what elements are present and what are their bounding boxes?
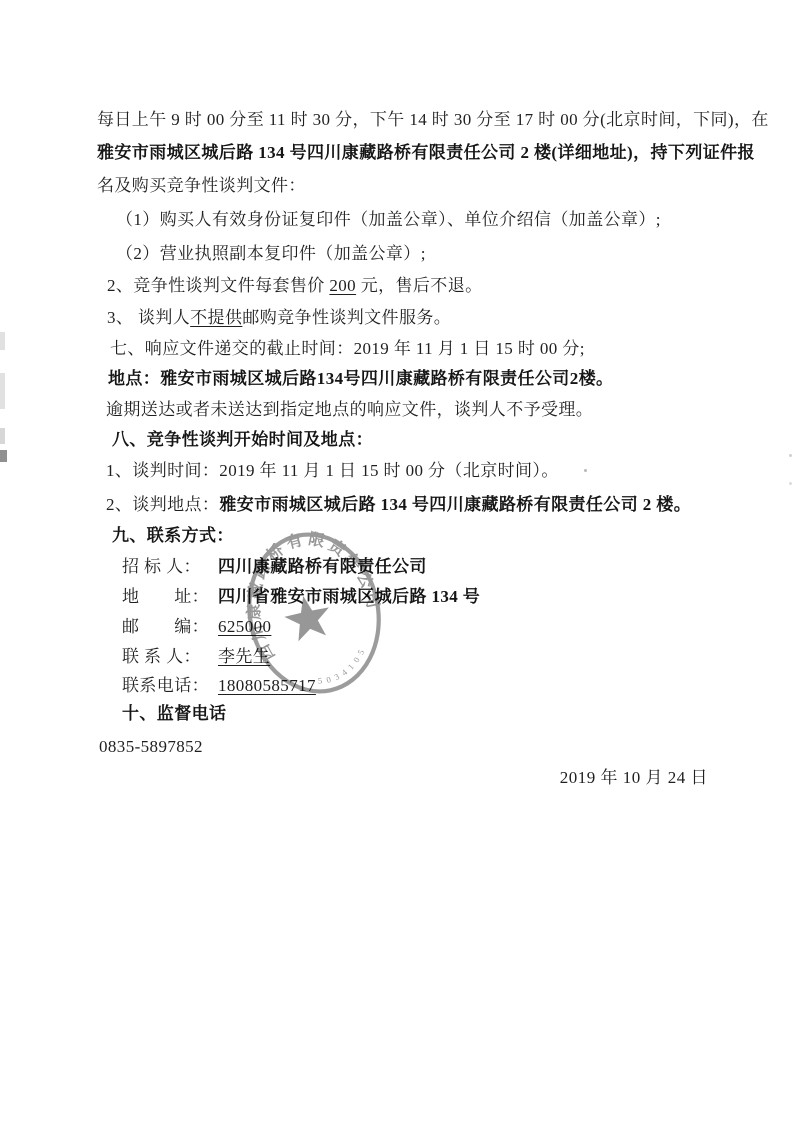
requirement-item-2: （2）营业执照副本复印件（加盖公章）; xyxy=(116,243,426,265)
body-text-line-address: 雅安市雨城区城后路 134 号四川康藏路桥有限责任公司 2 楼(详细地址)，持下… xyxy=(97,142,755,164)
contact-value: 625000 xyxy=(218,617,271,636)
late-delivery-line: 逾期送达或者未送达到指定地点的响应文件，谈判人不予受理。 xyxy=(106,399,593,421)
negotiation-time-line: 1、谈判时间：2019 年 11 月 1 日 15 时 00 分（北京时间）。 xyxy=(106,460,559,482)
mail-order-underlined: 不提供 xyxy=(190,308,242,327)
document-date: 2019 年 10 月 24 日 xyxy=(560,763,708,788)
seal-serial-number: 5034105 xyxy=(311,642,374,687)
requirement-item-1: （1）购买人有效身份证复印件（加盖公章）、单位介绍信（加盖公章）; xyxy=(116,209,661,231)
body-text-line: 每日上午 9 时 00 分至 11 时 30 分，下午 14 时 30 分至 1… xyxy=(97,109,769,131)
section-8-heading: 八、竞争性谈判开始时间及地点： xyxy=(112,429,373,451)
section-9-heading: 九、联系方式： xyxy=(112,525,234,547)
contact-label: 招 标 人： xyxy=(122,556,218,578)
scan-artifact xyxy=(0,373,5,409)
contact-value: 李先生 xyxy=(218,647,270,666)
contact-row-person: 联 系 人：李先生 xyxy=(122,646,270,668)
negotiation-place-address: 雅安市雨城区城后路 134 号四川康藏路桥有限责任公司 2 楼。 xyxy=(219,495,691,514)
contact-row-bidder: 招 标 人：四川康藏路桥有限责任公司 xyxy=(122,556,427,578)
body-text-line: 名及购买竞争性谈判文件： xyxy=(97,175,306,197)
supervision-phone: 0835-5897852 xyxy=(99,736,203,758)
mail-order-post: 邮购竞争性谈判文件服务。 xyxy=(242,308,451,327)
price-line-pre: 2、竞争性谈判文件每套售价 xyxy=(107,276,329,295)
mail-order-line: 3、 谈判人不提供邮购竞争性谈判文件服务。 xyxy=(107,307,451,329)
contact-row-phone: 联系电话：18080585717 xyxy=(122,675,316,697)
scan-artifact xyxy=(0,428,5,444)
contact-row-address: 地 址：四川省雅安市雨城区城后路 134 号 xyxy=(122,586,480,608)
scan-artifact xyxy=(789,454,792,457)
section-7-heading: 七、响应文件递交的截止时间：2019 年 11 月 1 日 15 时 00 分; xyxy=(110,338,585,360)
scan-artifact xyxy=(584,469,587,472)
contact-label: 联系电话： xyxy=(122,675,218,697)
scan-artifact xyxy=(789,482,792,485)
contact-value: 四川省雅安市雨城区城后路 134 号 xyxy=(218,587,480,606)
contact-value: 四川康藏路桥有限责任公司 xyxy=(218,557,427,576)
document-page: 每日上午 9 时 00 分至 11 时 30 分，下午 14 时 30 分至 1… xyxy=(0,0,800,1122)
contact-value: 18080585717 xyxy=(218,676,316,695)
contact-label: 地 址： xyxy=(122,586,218,608)
price-line-post: 元，售后不退。 xyxy=(356,276,482,295)
scan-artifact xyxy=(0,332,5,350)
negotiation-place-line: 2、谈判地点：雅安市雨城区城后路 134 号四川康藏路桥有限责任公司 2 楼。 xyxy=(106,494,691,516)
scan-artifact xyxy=(0,450,7,462)
submission-place-line: 地点：雅安市雨城区城后路134号四川康藏路桥有限责任公司2楼。 xyxy=(108,368,613,390)
contact-label: 邮 编： xyxy=(122,616,218,638)
section-10-heading: 十、监督电话 xyxy=(122,703,226,725)
mail-order-pre: 3、 谈判人 xyxy=(107,308,190,327)
price-underlined-value: 200 xyxy=(329,276,356,295)
price-line: 2、竞争性谈判文件每套售价 200 元，售后不退。 xyxy=(107,275,483,297)
contact-label: 联 系 人： xyxy=(122,646,218,668)
negotiation-place-prefix: 2、谈判地点： xyxy=(106,495,219,514)
contact-row-postcode: 邮 编：625000 xyxy=(122,616,271,638)
